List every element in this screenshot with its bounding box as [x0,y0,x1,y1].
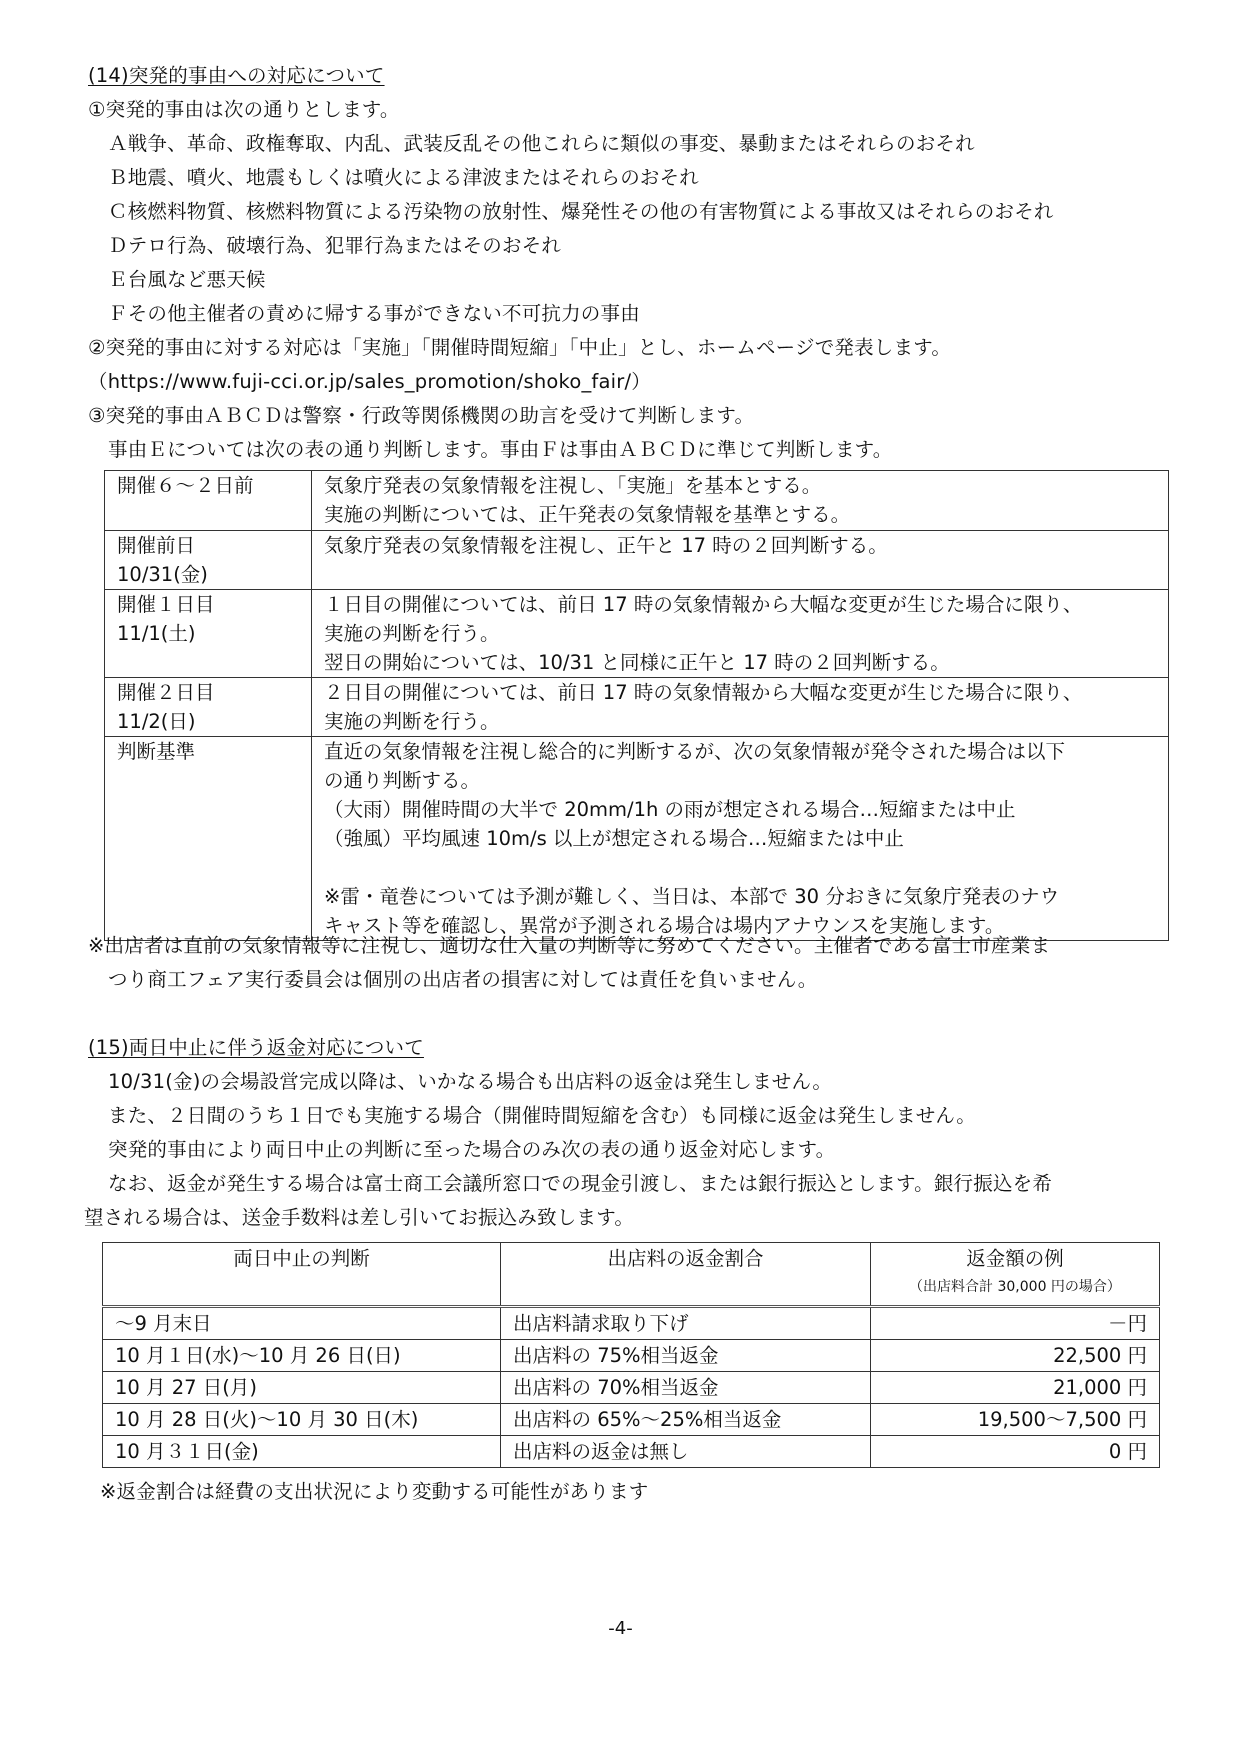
refund-rate-cell: 出店料の 65%～25%相当返金 [501,1404,871,1436]
cause-d: Ｄテロ行為、破壊行為、犯罪行為またはそのおそれ [108,231,561,261]
refund-rate-cell: 出店料請求取り下げ [501,1307,871,1340]
refund-paragraph-3: 突発的事由により両日中止の判断に至った場合のみ次の表の通り返金対応します。 [108,1135,835,1165]
section-14-item-1: ①突発的事由は次の通りとします。 [88,95,400,125]
table-row: 判断基準 直近の気象情報を注視し総合的に判断するが、次の気象情報が発令された場合… [105,737,1169,941]
timing-cell: 開催前日 10/31(金) [105,531,312,590]
timing-cell: 開催２日目 11/2(日) [105,678,312,737]
column-header-refund-rate: 出店料の返金割合 [501,1243,871,1307]
refund-amount-cell: －円 [871,1307,1160,1340]
section-14-item-2: ②突発的事由に対する対応は「実施」「開催時間短縮」「中止」とし、ホームページで発… [88,333,951,363]
judgement-cell: 10 月３１日(金) [103,1436,501,1468]
cause-c: Ｃ核燃料物質、核燃料物質による汚染物の放射性、爆発性その他の有害物質による事故又… [108,197,1054,227]
table-row: 10 月１日(水)～10 月 26 日(日) 出店料の 75%相当返金 22,5… [103,1340,1160,1372]
table-row: 10 月 27 日(月) 出店料の 70%相当返金 21,000 円 [103,1372,1160,1404]
judgement-cell: 10 月 28 日(火)～10 月 30 日(木) [103,1404,501,1436]
exhibitor-note-line-2: つり商工フェア実行委員会は個別の出店者の損害に対しては責任を負いません。 [108,965,817,995]
exhibitor-note-line-1: ※出店者は直前の気象情報等に注視し、適切な仕入量の判断等に努めてください。主催者… [88,931,1050,961]
cause-f: Ｆその他主催者の責めに帰する事ができない不可抗力の事由 [108,299,640,329]
timing-cell: 判断基準 [105,737,312,941]
cause-b: Ｂ地震、噴火、地震もしくは噴火による津波またはそれらのおそれ [108,163,699,193]
refund-paragraph-1: 10/31(金)の会場設営完成以降は、いかなる場合も出店料の返金は発生しません。 [108,1067,832,1097]
table-row: 開催１日目 11/1(土) １日目の開催については、前日 17 時の気象情報から… [105,590,1169,678]
refund-rate-cell: 出店料の 75%相当返金 [501,1340,871,1372]
judgement-cell: 直近の気象情報を注視し総合的に判断するが、次の気象情報が発令された場合は以下 の… [312,737,1169,941]
judgement-cell: ２日目の開催については、前日 17 時の気象情報から大幅な変更が生じた場合に限り… [312,678,1169,737]
refund-paragraph-2: また、２日間のうち１日でも実施する場合（開催時間短縮を含む）も同様に返金は発生し… [108,1101,976,1131]
table-row: 10 月３１日(金) 出店料の返金は無し 0 円 [103,1436,1160,1468]
judgement-cell: １日目の開催については、前日 17 時の気象情報から大幅な変更が生じた場合に限り… [312,590,1169,678]
refund-amount-cell: 21,000 円 [871,1372,1160,1404]
cause-e: Ｅ台風など悪天候 [108,265,266,295]
section-15-heading: (15)両日中止に伴う返金対応について [88,1033,424,1063]
refund-table: 両日中止の判断 出店料の返金割合 返金額の例 （出店料合計 30,000 円の場… [102,1242,1160,1468]
table-row: 開催２日目 11/2(日) ２日目の開催については、前日 17 時の気象情報から… [105,678,1169,737]
cause-a: Ａ戦争、革命、政権奪取、内乱、武装反乱その他これらに類似の事変、暴動またはそれら… [108,129,975,159]
document-page: (14)突発的事由への対応について ①突発的事由は次の通りとします。 Ａ戦争、革… [0,0,1241,1755]
judgement-cell: 10 月１日(水)～10 月 26 日(日) [103,1340,501,1372]
refund-example-note: （出店料合計 30,000 円の場合） [871,1275,1159,1299]
judgement-cell: 気象庁発表の気象情報を注視し、正午と 17 時の２回判断する。 [312,531,1169,590]
table-row: 10 月 28 日(火)～10 月 30 日(木) 出店料の 65%～25%相当… [103,1404,1160,1436]
refund-amount-cell: 22,500 円 [871,1340,1160,1372]
refund-paragraph-4-line-1: なお、返金が発生する場合は富士商工会議所窓口での現金引渡し、または銀行振込としま… [108,1169,1052,1199]
judgement-cell: 気象庁発表の気象情報を注視し、「実施」を基本とする。 実施の判断については、正午… [312,471,1169,531]
table-row: 開催前日 10/31(金) 気象庁発表の気象情報を注視し、正午と 17 時の２回… [105,531,1169,590]
timing-cell: 開催６～２日前 [105,471,312,531]
column-header-judgement: 両日中止の判断 [103,1243,501,1307]
column-header-refund-example: 返金額の例 （出店料合計 30,000 円の場合） [871,1243,1160,1307]
refund-example-title: 返金額の例 [966,1247,1064,1270]
table-row: 開催６～２日前 気象庁発表の気象情報を注視し、「実施」を基本とする。 実施の判断… [105,471,1169,531]
timing-cell: 開催１日目 11/1(土) [105,590,312,678]
refund-rate-cell: 出店料の返金は無し [501,1436,871,1468]
section-14-item-3-sub: 事由Ｅについては次の表の通り判断します。事由Ｆは事由ＡＢＣＤに準じて判断します。 [108,435,893,465]
judgement-cell: ～9 月末日 [103,1307,501,1340]
judgement-cell: 10 月 27 日(月) [103,1372,501,1404]
homepage-url: （https://www.fuji-cci.or.jp/sales_promot… [88,367,651,397]
section-14-item-3: ③突発的事由ＡＢＣＤは警察・行政等関係機関の助言を受けて判断します。 [88,401,754,431]
table-header-row: 両日中止の判断 出店料の返金割合 返金額の例 （出店料合計 30,000 円の場… [103,1243,1160,1307]
table-row: ～9 月末日 出店料請求取り下げ －円 [103,1307,1160,1340]
refund-amount-cell: 0 円 [871,1436,1160,1468]
refund-paragraph-4-line-2: 望される場合は、送金手数料は差し引いてお振込み致します。 [84,1203,634,1233]
refund-rate-cell: 出店料の 70%相当返金 [501,1372,871,1404]
refund-amount-cell: 19,500～7,500 円 [871,1404,1160,1436]
page-number: -4- [0,1618,1241,1639]
section-14-heading: (14)突発的事由への対応について [88,61,385,91]
refund-footnote: ※返金割合は経費の支出状況により変動する可能性があります [100,1477,648,1507]
weather-judgement-table: 開催６～２日前 気象庁発表の気象情報を注視し、「実施」を基本とする。 実施の判断… [104,470,1169,941]
